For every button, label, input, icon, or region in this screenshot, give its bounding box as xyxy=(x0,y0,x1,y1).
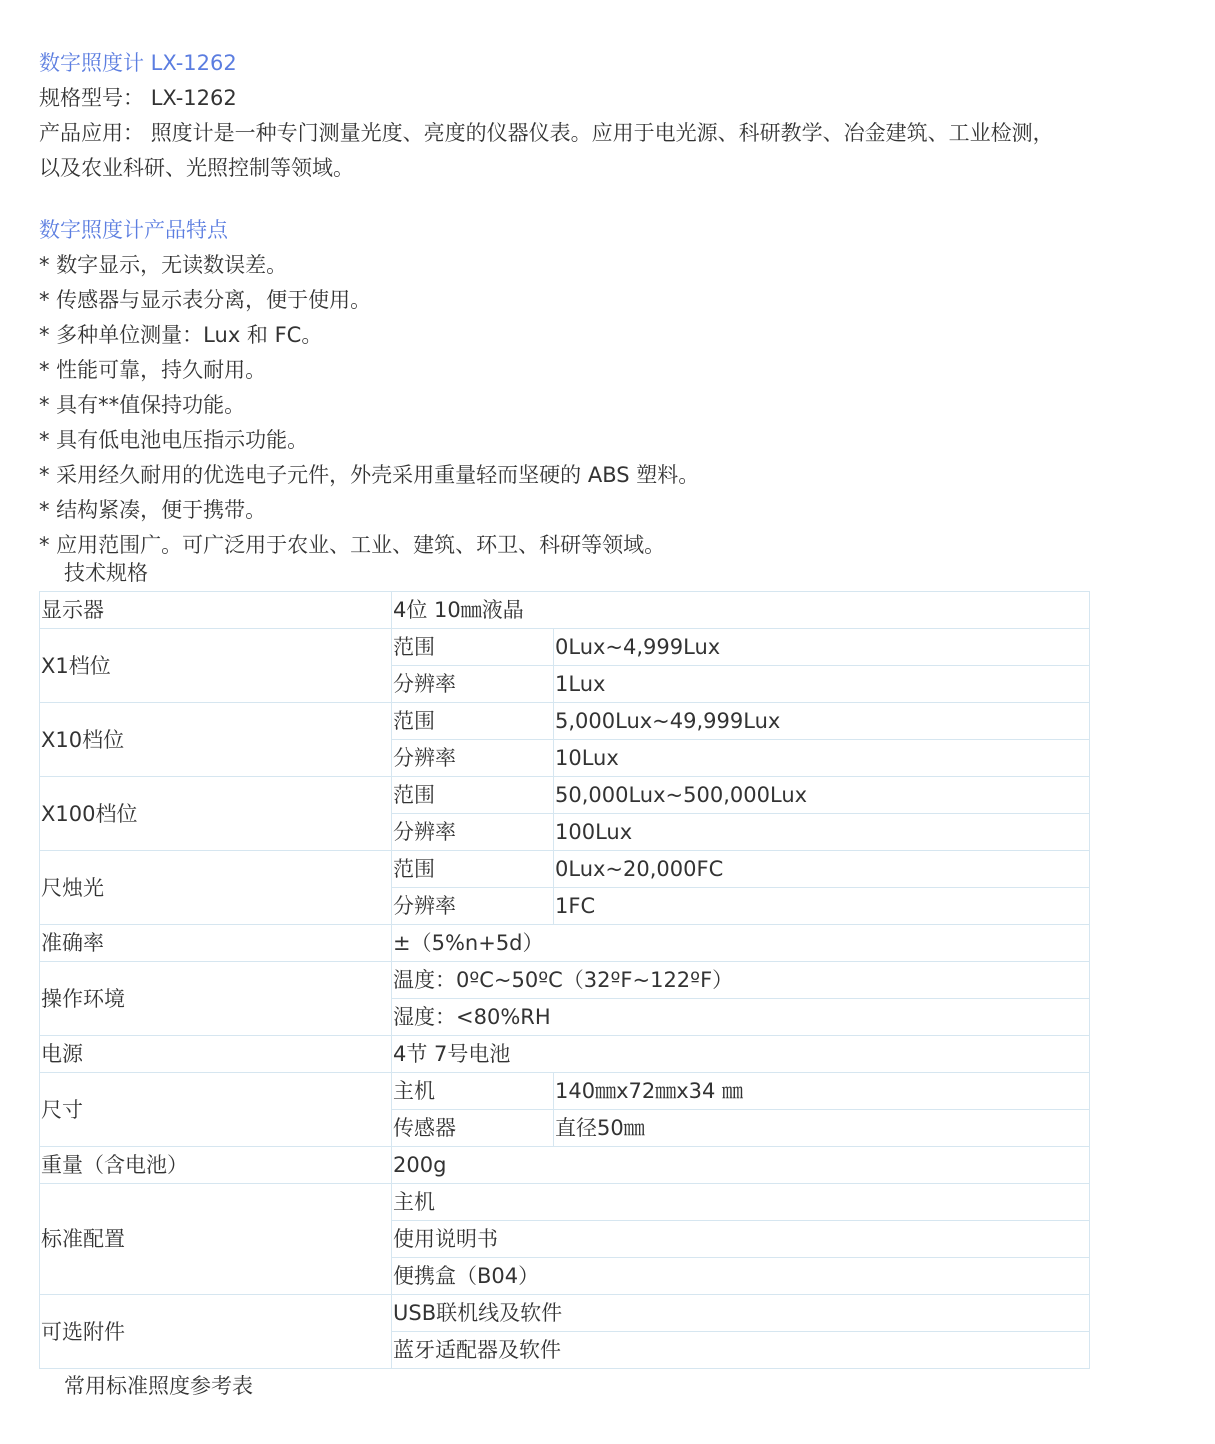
spec-value: 50,000Lux~500,000Lux xyxy=(554,777,1090,814)
spec-label: 标准配置 xyxy=(40,1184,392,1295)
spec-sublabel: 分辨率 xyxy=(392,814,554,851)
feature-item: * 具有**值保持功能。 xyxy=(39,388,1199,423)
spec-value: 使用说明书 xyxy=(392,1221,1090,1258)
table-row: 标准配置 主机 xyxy=(40,1184,1090,1221)
spec-sublabel: 范围 xyxy=(392,777,554,814)
table-row: 显示器 4位 10㎜液晶 xyxy=(40,592,1090,629)
features-heading: 数字照度计产品特点 xyxy=(39,213,1199,248)
application-label: 产品应用： xyxy=(39,121,144,145)
spec-sublabel: 主机 xyxy=(392,1073,554,1110)
application-text: 照度计是一种专门测量光度、亮度的仪器仪表。应用于电光源、科研教学、冶金建筑、工业… xyxy=(151,121,1054,145)
feature-item: * 应用范围广。可广泛用于农业、工业、建筑、环卫、科研等领域。 xyxy=(39,528,1199,563)
table-row: 尺寸 主机 140㎜x72㎜x34 ㎜ xyxy=(40,1073,1090,1110)
spec-label: 准确率 xyxy=(40,925,392,962)
table-row: 重量（含电池） 200g xyxy=(40,1147,1090,1184)
spec-value: 100Lux xyxy=(554,814,1090,851)
model-label: 规格型号： xyxy=(39,86,144,110)
spec-value: 直径50㎜ xyxy=(554,1110,1090,1147)
spec-table: 显示器 4位 10㎜液晶 X1档位 范围 0Lux~4,999Lux 分辨率 1… xyxy=(39,591,1090,1369)
spec-value: 1FC xyxy=(554,888,1090,925)
spec-value: 140㎜x72㎜x34 ㎜ xyxy=(554,1073,1090,1110)
spec-value: 5,000Lux~49,999Lux xyxy=(554,703,1090,740)
spec-value: USB联机线及软件 xyxy=(392,1295,1090,1332)
spec-sublabel: 传感器 xyxy=(392,1110,554,1147)
spec-label: X100档位 xyxy=(40,777,392,851)
spec-value: 主机 xyxy=(392,1184,1090,1221)
spec-label: 操作环境 xyxy=(40,962,392,1036)
feature-item: * 多种单位测量：Lux 和 FC。 xyxy=(39,318,1199,353)
feature-item: * 数字显示，无读数误差。 xyxy=(39,248,1199,283)
table-row: 可选附件 USB联机线及软件 xyxy=(40,1295,1090,1332)
spec-sublabel: 范围 xyxy=(392,629,554,666)
table-row: 尺烛光 范围 0Lux~20,000FC xyxy=(40,851,1090,888)
reference-heading: 常用标准照度参考表 xyxy=(64,1369,253,1404)
spec-value: 便携盒（B04） xyxy=(392,1258,1090,1295)
table-row: X100档位 范围 50,000Lux~500,000Lux xyxy=(40,777,1090,814)
spec-label: 尺寸 xyxy=(40,1073,392,1147)
spec-sublabel: 分辨率 xyxy=(392,888,554,925)
spec-value: 0Lux~20,000FC xyxy=(554,851,1090,888)
spec-value: 湿度：<80%RH xyxy=(392,999,1090,1036)
features-list: * 数字显示，无读数误差。 * 传感器与显示表分离，便于使用。 * 多种单位测量… xyxy=(39,248,1199,563)
spec-value: 10Lux xyxy=(554,740,1090,777)
spec-value: 4节 7号电池 xyxy=(392,1036,1090,1073)
application-line: 产品应用： 照度计是一种专门测量光度、亮度的仪器仪表。应用于电光源、科研教学、冶… xyxy=(39,116,1199,151)
feature-item: * 结构紧凑，便于携带。 xyxy=(39,493,1199,528)
spec-label: X1档位 xyxy=(40,629,392,703)
table-row: X10档位 范围 5,000Lux~49,999Lux xyxy=(40,703,1090,740)
feature-item: * 性能可靠，持久耐用。 xyxy=(39,353,1199,388)
feature-item: * 采用经久耐用的优选电子元件，外壳采用重量轻而坚硬的 ABS 塑料。 xyxy=(39,458,1199,493)
spec-label: 重量（含电池） xyxy=(40,1147,392,1184)
model-value: LX-1262 xyxy=(151,86,237,110)
spec-value: 4位 10㎜液晶 xyxy=(392,592,1090,629)
spec-value: 1Lux xyxy=(554,666,1090,703)
product-description: 数字照度计 LX-1262 规格型号： LX-1262 产品应用： 照度计是一种… xyxy=(39,46,1199,563)
spec-sublabel: 范围 xyxy=(392,703,554,740)
spec-heading: 技术规格 xyxy=(64,556,148,591)
spec-sublabel: 分辨率 xyxy=(392,740,554,777)
spec-label: 尺烛光 xyxy=(40,851,392,925)
table-row: 电源 4节 7号电池 xyxy=(40,1036,1090,1073)
spec-value: 0Lux~4,999Lux xyxy=(554,629,1090,666)
spec-label: X10档位 xyxy=(40,703,392,777)
spec-label: 显示器 xyxy=(40,592,392,629)
spec-value: 蓝牙适配器及软件 xyxy=(392,1332,1090,1369)
spec-value: 温度：0ºC~50ºC（32ºF~122ºF） xyxy=(392,962,1090,999)
model-line: 规格型号： LX-1262 xyxy=(39,81,1199,116)
feature-item: * 传感器与显示表分离，便于使用。 xyxy=(39,283,1199,318)
table-row: 准确率 ±（5%n+5d） xyxy=(40,925,1090,962)
spec-label: 可选附件 xyxy=(40,1295,392,1369)
spec-value: 200g xyxy=(392,1147,1090,1184)
application-text-cont: 以及农业科研、光照控制等领域。 xyxy=(39,151,1199,186)
spec-sublabel: 范围 xyxy=(392,851,554,888)
spec-sublabel: 分辨率 xyxy=(392,666,554,703)
feature-item: * 具有低电池电压指示功能。 xyxy=(39,423,1199,458)
table-row: X1档位 范围 0Lux~4,999Lux xyxy=(40,629,1090,666)
spec-label: 电源 xyxy=(40,1036,392,1073)
product-title: 数字照度计 LX-1262 xyxy=(39,46,1199,81)
spec-value: ±（5%n+5d） xyxy=(392,925,1090,962)
table-row: 操作环境 温度：0ºC~50ºC（32ºF~122ºF） xyxy=(40,962,1090,999)
